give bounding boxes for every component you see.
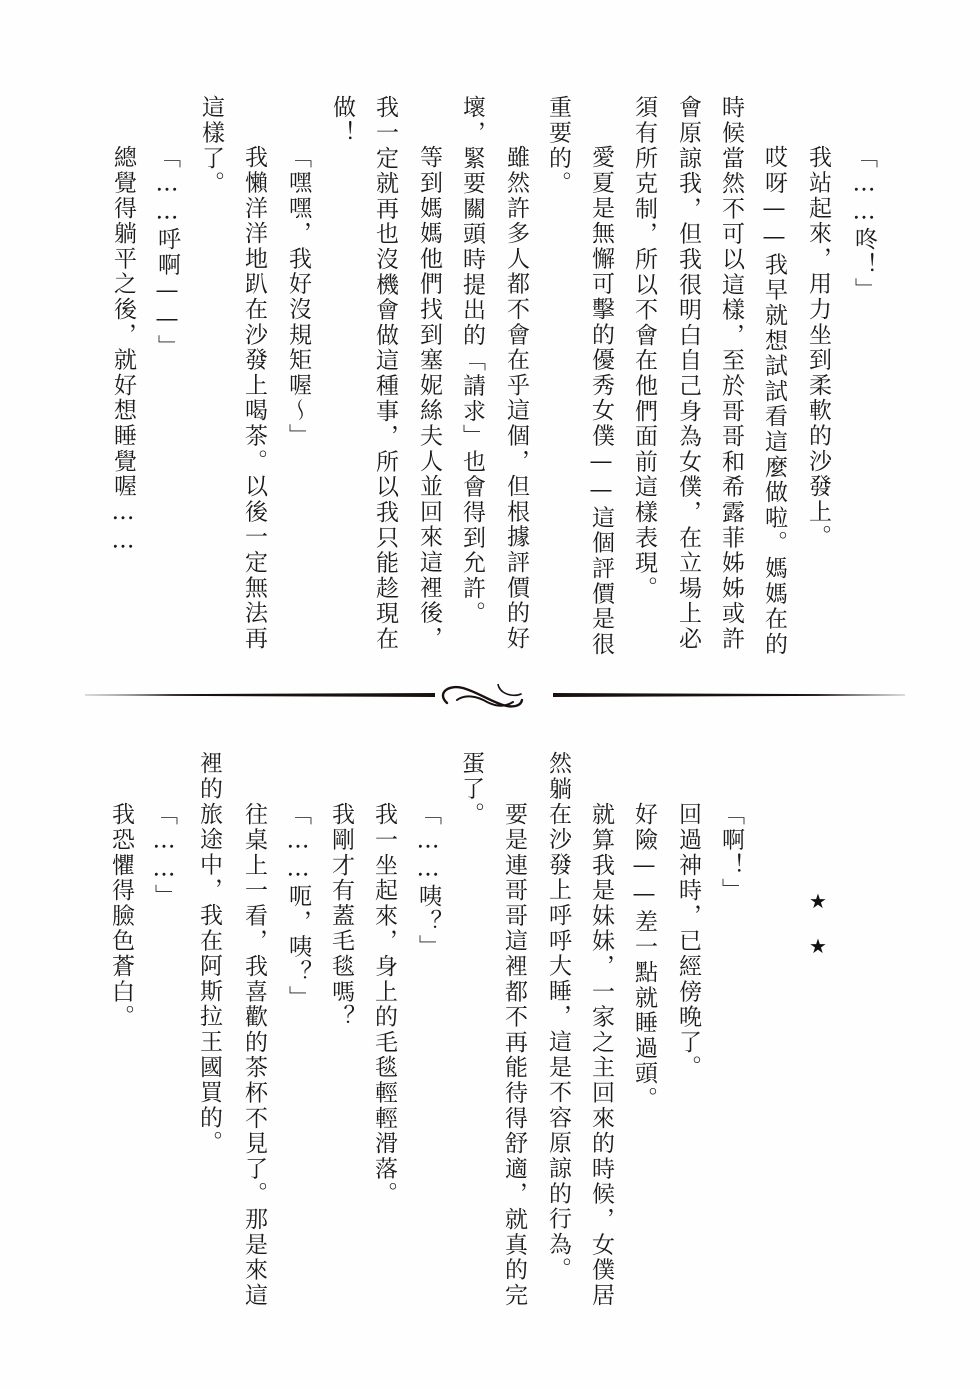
text-column: 然躺在沙發上呼呼大睡，這是不容原諒的行為。 — [544, 751, 570, 1282]
text-column: 「嘿嘿，我好沒規矩喔～」 — [284, 145, 310, 449]
text-column: 「……呃，咦？」 — [284, 802, 310, 1010]
text-column: 哎呀——我早就想試試看這麼做啦。媽媽在的 — [760, 145, 786, 657]
text-column: 我恐懼得臉色蒼白。 — [107, 802, 133, 1030]
text-column: 雖然許多人都不會在乎這個，但根據評價的好 — [502, 145, 528, 651]
text-column: 總覺得躺平之後，就好想睡覺喔…… — [109, 145, 135, 556]
text-column: 「……咦？」 — [414, 802, 440, 960]
text-column: 這樣了。 — [197, 95, 223, 196]
text-column: 須有所克制，所以不會在他們面前這樣表現。 — [630, 95, 656, 601]
text-column: 做！ — [328, 95, 354, 146]
text-column: 「……咚！」 — [850, 145, 876, 303]
text-column: 重要的。 — [544, 95, 570, 196]
text-column: 往桌上一看，我喜歡的茶杯不見了。那是來這 — [240, 802, 266, 1308]
text-column: 我一定就再也沒機會做這種事，所以我只能趁現在 — [371, 95, 397, 652]
text-column: 就算我是妹妹，一家之主回來的時候，女僕居 — [587, 802, 613, 1308]
section-break-star: ★ — [808, 891, 828, 911]
text-column: 壞，緊要關頭時提出的「請求」也會得到允許。 — [458, 95, 484, 626]
flourish-divider-icon — [85, 684, 905, 708]
text-column: 我懶洋洋地趴在沙發上喝茶。以後一定無法再 — [240, 145, 266, 651]
text-column: 回過神時，已經傍晚了。 — [674, 802, 700, 1080]
text-column: 我一坐起來，身上的毛毯輕輕滑落。 — [370, 802, 396, 1207]
text-column: 我站起來，用力坐到柔軟的沙發上。 — [804, 145, 830, 550]
section-break-star: ★ — [808, 936, 828, 956]
text-column: 蛋了。 — [457, 751, 483, 827]
text-column: 時候當然不可以這樣，至於哥哥和希露菲姊姊或許 — [717, 95, 743, 652]
text-column: 會原諒我，但我很明白自己身為女僕，在立場上必 — [674, 95, 700, 652]
text-column: 裡的旅途中，我在阿斯拉王國買的。 — [195, 751, 221, 1156]
text-column: 愛夏是無懈可擊的優秀女僕——這個評價是很 — [587, 145, 613, 657]
text-column: 我剛才有蓋毛毯嗎？ — [327, 802, 353, 1030]
book-page: 「……咚！」 我站起來，用力坐到柔軟的沙發上。 哎呀——我早就想試試看這麼做啦。… — [0, 0, 980, 1389]
text-column: 要是連哥哥這裡都不再能待得舒適，就真的完 — [500, 802, 526, 1308]
text-column: 「……呼啊——」 — [153, 145, 179, 359]
text-column: 「啊！」 — [717, 802, 743, 903]
text-column: 等到媽媽他們找到塞妮絲夫人並回來這裡後， — [415, 145, 441, 651]
text-column: 「……」 — [150, 802, 176, 909]
text-column: 好險——差一點就睡過頭。 — [630, 802, 656, 1112]
